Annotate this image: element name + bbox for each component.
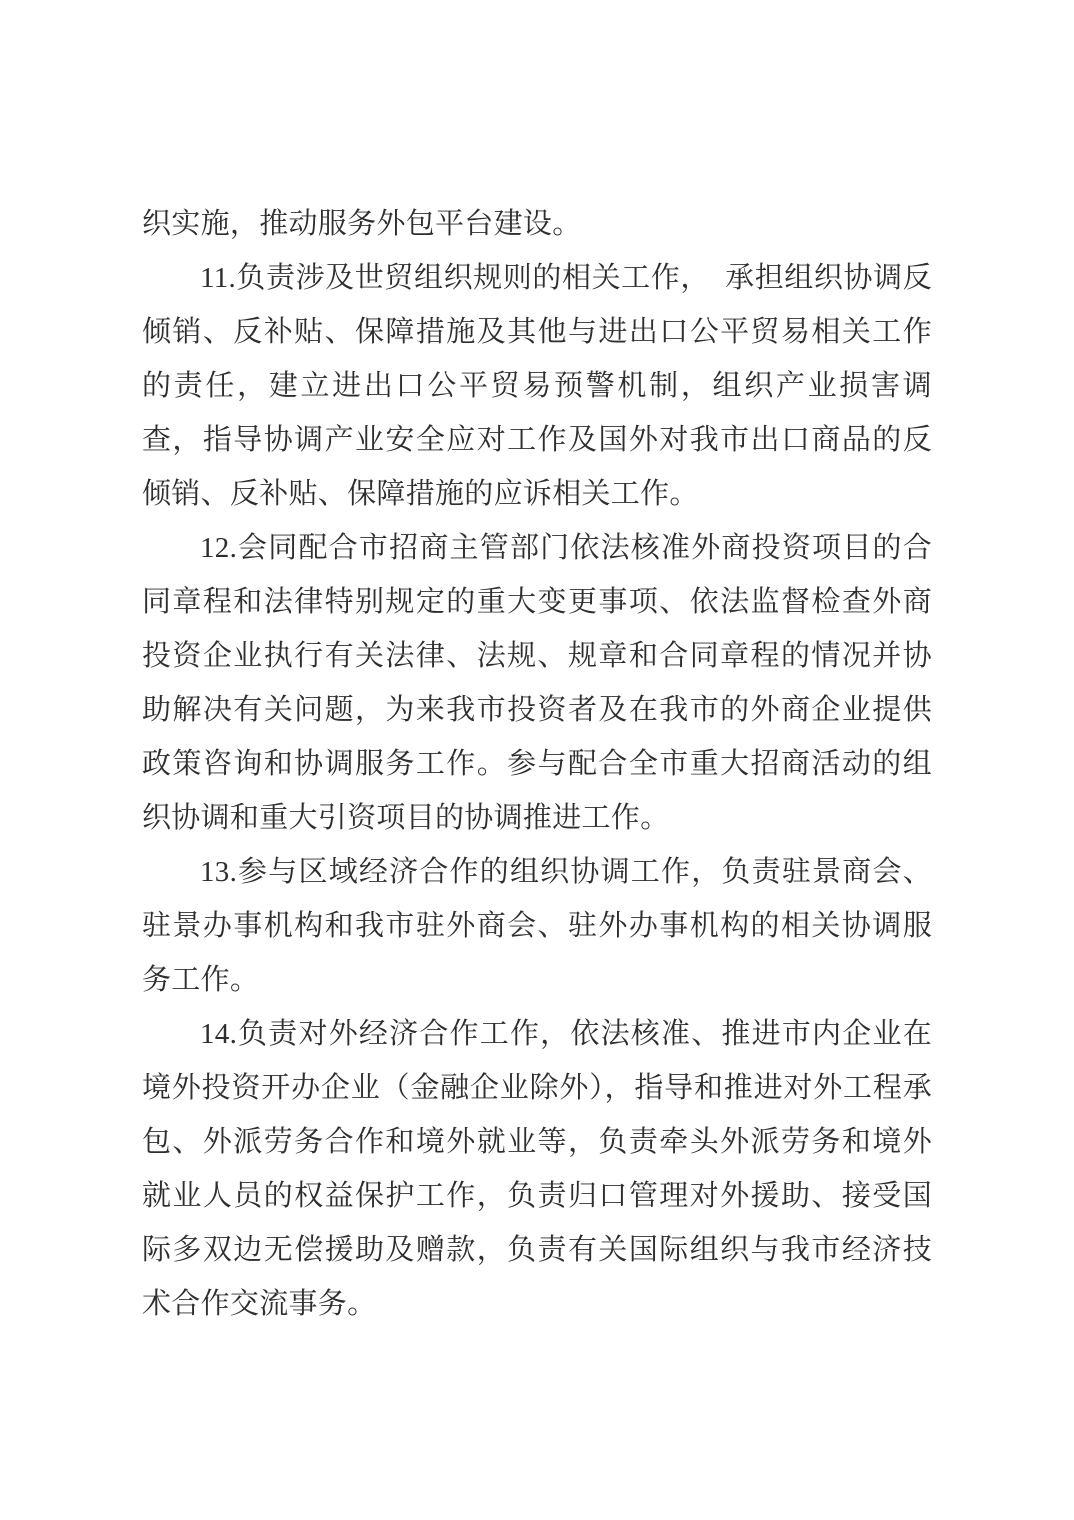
paragraph-item-14: 14.负责对外经济合作工作，依法核准、推进市内企业在境外投资开办企业（金融企业除… bbox=[142, 1007, 932, 1331]
document-text-block: 织实施，推动服务外包平台建设。 11.负责涉及世贸组织规则的相关工作， 承担组织… bbox=[142, 197, 932, 1331]
paragraph-item-11: 11.负责涉及世贸组织规则的相关工作， 承担组织协调反倾销、反补贴、保障措施及其… bbox=[142, 251, 932, 521]
paragraph-continuation: 织实施，推动服务外包平台建设。 bbox=[142, 197, 932, 251]
paragraph-item-12: 12.会同配合市招商主管部门依法核准外商投资项目的合同章程和法律特别规定的重大变… bbox=[142, 521, 932, 845]
document-page: 织实施，推动服务外包平台建设。 11.负责涉及世贸组织规则的相关工作， 承担组织… bbox=[0, 0, 1074, 1520]
paragraph-item-13: 13.参与区域经济合作的组织协调工作，负责驻景商会、驻景办事机构和我市驻外商会、… bbox=[142, 845, 932, 1007]
